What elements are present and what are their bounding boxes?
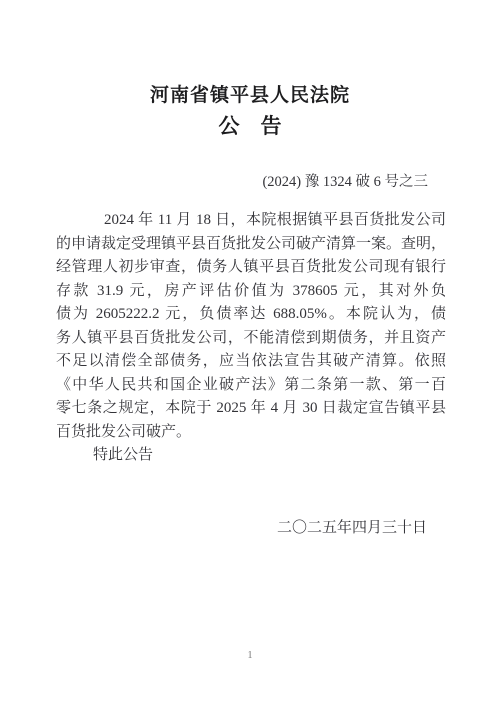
document-title: 公 告 bbox=[0, 110, 500, 140]
case-number: (2024) 豫 1324 破 6 号之三 bbox=[262, 170, 428, 191]
body-line: 2024 年 11 月 18 日，本院根据镇平县百货批发公司 bbox=[56, 209, 446, 233]
issue-date: 二〇二五年四月三十日 bbox=[277, 516, 427, 537]
court-name: 河南省镇平县人民法院 bbox=[0, 80, 500, 107]
closing-statement: 特此公告 bbox=[56, 444, 446, 468]
body-line: 百货批发公司破产。 bbox=[56, 421, 446, 445]
body-line: 零七条之规定，本院于 2025 年 4 月 30 日裁定宣告镇平县 bbox=[56, 397, 446, 421]
body-line: 《中华人民共和国企业破产法》第二条第一款、第一百 bbox=[56, 374, 446, 398]
document-page: 河南省镇平县人民法院 公 告 (2024) 豫 1324 破 6 号之三 202… bbox=[0, 0, 500, 707]
body-line: 经管理人初步审查，债务人镇平县百货批发公司现有银行 bbox=[56, 256, 446, 280]
body-line: 的申请裁定受理镇平县百货批发公司破产清算一案。查明， bbox=[56, 233, 446, 257]
body-line: 债为 2605222.2 元，负债率达 688.05%。本院认为，债 bbox=[56, 303, 446, 327]
body-line: 不足以清偿全部债务，应当依法宣告其破产清算。依照 bbox=[56, 350, 446, 374]
announcement-body: 2024 年 11 月 18 日，本院根据镇平县百货批发公司 的申请裁定受理镇平… bbox=[56, 209, 446, 468]
page-number: 1 bbox=[0, 650, 500, 661]
body-line: 务人镇平县百货批发公司，不能清偿到期债务，并且资产 bbox=[56, 327, 446, 351]
body-line: 存款 31.9 元，房产评估价值为 378605 元，其对外负 bbox=[56, 280, 446, 304]
